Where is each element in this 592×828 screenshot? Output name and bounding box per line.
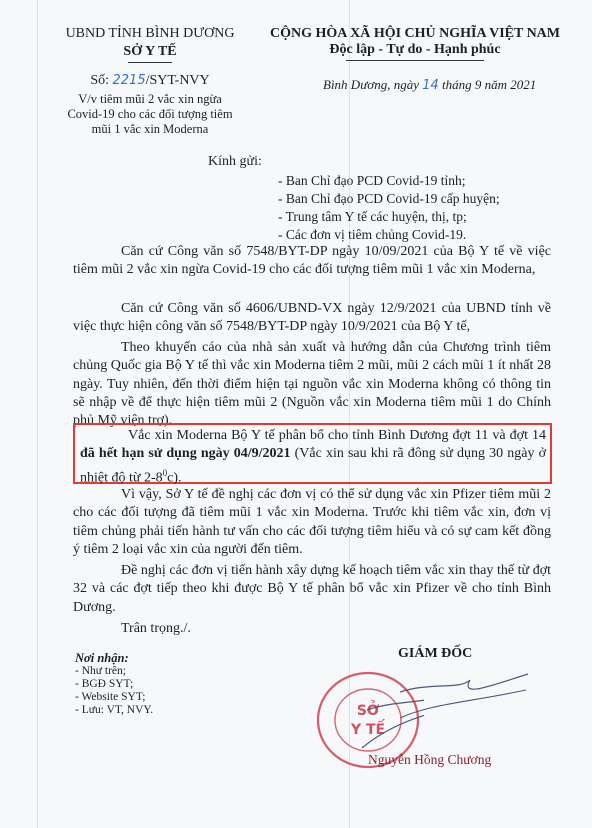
- handwritten-number: 2215: [113, 73, 146, 88]
- divider: [128, 62, 172, 63]
- page-fold-line: [37, 0, 38, 828]
- list-item: - Các đơn vị tiêm chủng Covid-19.: [278, 226, 500, 244]
- addressee-label: Kính gửi:: [208, 154, 262, 170]
- paragraph-5: Vì vậy, Sở Y tế đề nghị các đơn vị có th…: [73, 486, 551, 559]
- distribution-list: Nơi nhận: - Như trên; - BGĐ SYT; - Websi…: [75, 652, 153, 717]
- list-item: - Trung tâm Y tế các huyện, thị, tp;: [278, 208, 500, 226]
- divider: [346, 60, 484, 61]
- paragraph-6: Đề nghị các đơn vị tiến hành xây dựng kế…: [73, 562, 551, 617]
- paragraph-4-highlighted: Vắc xin Moderna Bộ Y tế phân bổ cho tỉnh…: [80, 427, 546, 488]
- list-item: - Website SYT;: [75, 691, 153, 704]
- expiry-statement: đã hết hạn sử dụng ngày 04/9/2021: [80, 446, 291, 461]
- handwritten-day: 14: [422, 78, 439, 93]
- paragraph-2: Căn cứ Công văn số 4606/UBND-VX ngày 12/…: [73, 300, 551, 337]
- issuer-header: UBND TỈNH BÌNH DƯƠNG SỞ Y TẾ Số: 2215/SY…: [40, 26, 260, 137]
- signature-scribble-icon: [400, 672, 530, 732]
- nation-title: CỘNG HÒA XÃ HỘI CHỦ NGHĨA VIỆT NAM: [250, 26, 580, 42]
- list-item: - Như trên;: [75, 665, 153, 678]
- signer-title: GIÁM ĐỐC: [398, 646, 472, 662]
- list-item: - Ban Chỉ đạo PCD Covid-19 tỉnh;: [278, 172, 500, 190]
- signer-name: Nguyễn Hồng Chương: [368, 752, 491, 768]
- paragraph-1: Căn cứ Công văn số 7548/BYT-DP ngày 10/0…: [73, 243, 551, 280]
- subject: V/v tiêm mũi 2 vắc xin ngừa Covid-19 cho…: [40, 92, 260, 137]
- list-item: - Ban Chỉ đạo PCD Covid-19 cấp huyện;: [278, 190, 500, 208]
- closing: Trân trọng./.: [73, 620, 551, 638]
- motto: Độc lập - Tự do - Hạnh phúc: [250, 42, 580, 58]
- paragraph-3: Theo khuyến cáo của nhà sản xuất và hướn…: [73, 339, 551, 430]
- national-header: CỘNG HÒA XÃ HỘI CHỦ NGHĨA VIỆT NAM Độc l…: [250, 26, 580, 61]
- addressee-list: - Ban Chỉ đạo PCD Covid-19 tỉnh; - Ban C…: [278, 172, 500, 244]
- list-item: - BGĐ SYT;: [75, 678, 153, 691]
- list-item: - Lưu: VT, NVY.: [75, 704, 153, 717]
- department-name: SỞ Y TẾ: [123, 44, 176, 60]
- issue-date: Bình Dương, ngày 14 tháng 9 năm 2021: [323, 77, 536, 93]
- authority-name: UBND TỈNH BÌNH DƯƠNG: [40, 26, 260, 42]
- document-number: Số: 2215/SYT-NVY: [40, 73, 260, 89]
